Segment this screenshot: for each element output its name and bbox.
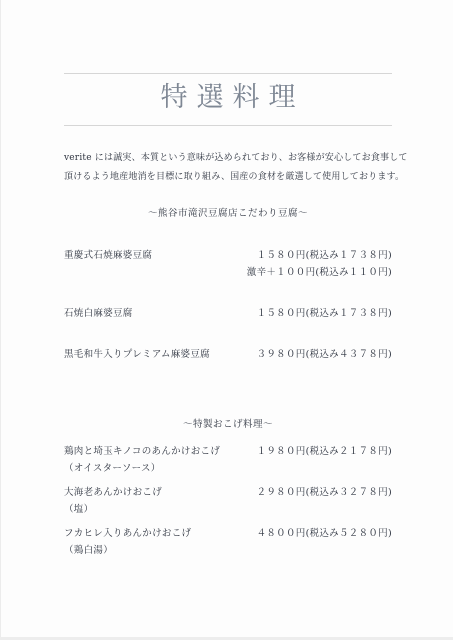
item-price: ４８００円(税込み５２８０円)	[257, 526, 392, 541]
item-right-column: １９８０円(税込み２１７８円)	[257, 444, 392, 459]
item-left-column: フカヒレ入りあんかけおこげ （鶏白湯）	[64, 526, 191, 558]
item-left-column: 大海老あんかけおこげ （塩）	[64, 485, 162, 517]
section-heading: 〜熊谷市滝沢豆腐店こだわり豆腐〜	[64, 206, 392, 221]
menu-section: 〜熊谷市滝沢豆腐店こだわり豆腐〜 重慶式石焼麻婆豆腐 １５８０円(税込み１７３８…	[64, 206, 392, 362]
item-left-column: 石焼白麻婆豆腐	[64, 306, 133, 321]
item-price: １５８０円(税込み１７３８円)	[247, 248, 392, 263]
item-name: 大海老あんかけおこげ	[64, 485, 162, 500]
section-heading: 〜特製おこげ料理〜	[64, 417, 392, 432]
item-price: ２９８０円(税込み３２７８円)	[257, 485, 392, 500]
page-title: 特選料理	[64, 79, 392, 117]
item-right-column: １５８０円(税込み１７３８円)	[257, 306, 392, 321]
item-right-column: ３９８０円(税込み４３７８円)	[257, 347, 392, 362]
item-right-column: １５８０円(税込み１７３８円) 激辛＋１００円(税込み１１０円)	[247, 248, 392, 280]
menu-item: 大海老あんかけおこげ （塩） ２９８０円(税込み３２７８円)	[64, 485, 392, 517]
menu-item: 鶏肉と埼玉キノコのあんかけおこげ （オイスターソース） １９８０円(税込み２１７…	[64, 444, 392, 476]
menu-page: { "page": { "title": "特選料理", "intro_line…	[0, 0, 453, 640]
intro-line: verite には誠実、本質という意味が込められており、お客様が安心してお食事し…	[64, 149, 392, 168]
menu-section: 〜特製おこげ料理〜 鶏肉と埼玉キノコのあんかけおこげ （オイスターソース） １９…	[64, 417, 392, 558]
section-items: 重慶式石焼麻婆豆腐 １５８０円(税込み１７３８円) 激辛＋１００円(税込み１１０…	[64, 248, 392, 362]
title-divider-bottom	[64, 125, 392, 126]
item-left-column: 重慶式石焼麻婆豆腐	[64, 248, 152, 263]
item-name: 重慶式石焼麻婆豆腐	[64, 248, 152, 263]
menu-item: 黒毛和牛入りプレミアム麻婆豆腐 ３９８０円(税込み４３７８円)	[64, 347, 392, 362]
item-note: （オイスターソース）	[64, 461, 220, 476]
intro-line: 頂けるよう地産地消を目標に取り組み、国産の食材を厳選して使用しております。	[64, 168, 392, 187]
intro-paragraph: verite には誠実、本質という意味が込められており、お客様が安心してお食事し…	[64, 149, 392, 187]
item-price: ３９８０円(税込み４３７８円)	[257, 347, 392, 362]
item-price-note: 激辛＋１００円(税込み１１０円)	[247, 265, 392, 280]
item-left-column: 黒毛和牛入りプレミアム麻婆豆腐	[64, 347, 210, 362]
item-right-column: ２９８０円(税込み３２７８円)	[257, 485, 392, 500]
item-name: 鶏肉と埼玉キノコのあんかけおこげ	[64, 444, 220, 459]
menu-content: 特選料理 verite には誠実、本質という意味が込められており、お客様が安心し…	[0, 73, 453, 558]
section-items: 鶏肉と埼玉キノコのあんかけおこげ （オイスターソース） １９８０円(税込み２１７…	[64, 444, 392, 558]
title-divider-top	[64, 73, 392, 74]
menu-item: 石焼白麻婆豆腐 １５８０円(税込み１７３８円)	[64, 306, 392, 321]
item-name: フカヒレ入りあんかけおこげ	[64, 526, 191, 541]
title-block: 特選料理	[64, 73, 392, 126]
menu-sections: 〜熊谷市滝沢豆腐店こだわり豆腐〜 重慶式石焼麻婆豆腐 １５８０円(税込み１７３８…	[64, 206, 392, 558]
item-note: （鶏白湯）	[64, 543, 191, 558]
item-price: １５８０円(税込み１７３８円)	[257, 306, 392, 321]
item-right-column: ４８００円(税込み５２８０円)	[257, 526, 392, 541]
item-left-column: 鶏肉と埼玉キノコのあんかけおこげ （オイスターソース）	[64, 444, 220, 476]
item-name: 黒毛和牛入りプレミアム麻婆豆腐	[64, 347, 210, 362]
item-note: （塩）	[64, 502, 162, 517]
item-price: １９８０円(税込み２１７８円)	[257, 444, 392, 459]
menu-item: 重慶式石焼麻婆豆腐 １５８０円(税込み１７３８円) 激辛＋１００円(税込み１１０…	[64, 248, 392, 280]
menu-item: フカヒレ入りあんかけおこげ （鶏白湯） ４８００円(税込み５２８０円)	[64, 526, 392, 558]
item-name: 石焼白麻婆豆腐	[64, 306, 133, 321]
